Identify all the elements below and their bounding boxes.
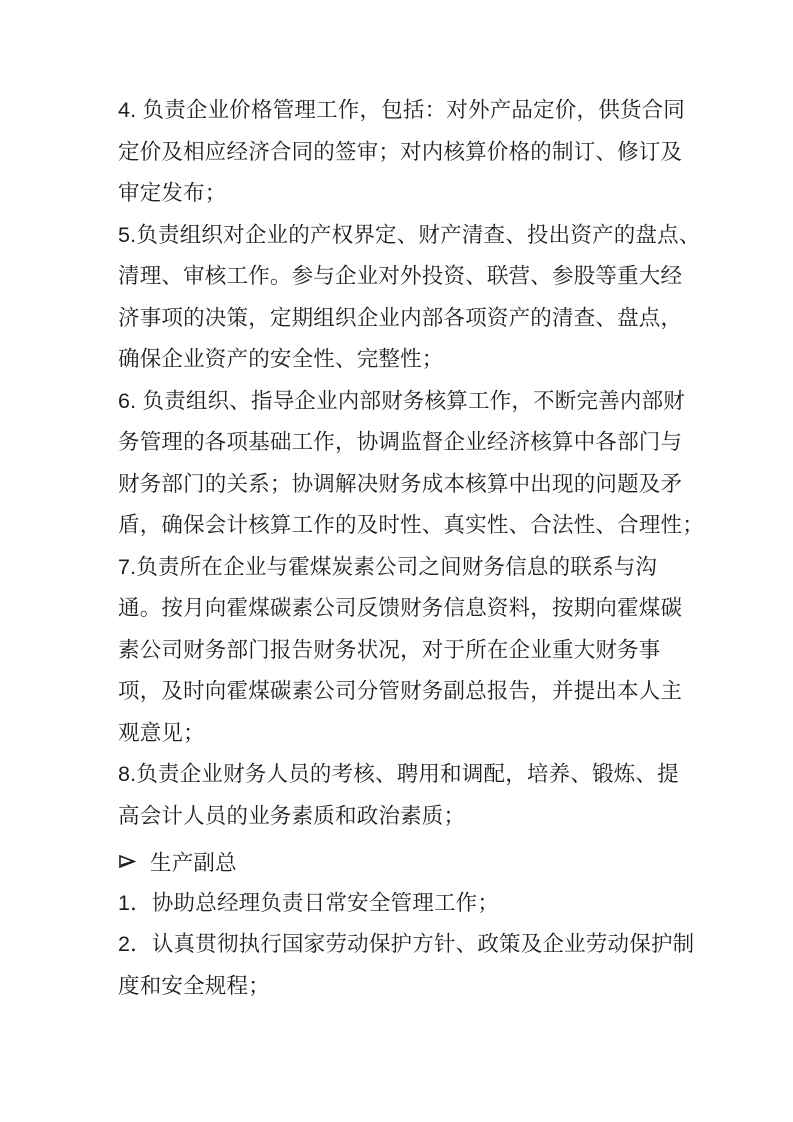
production-duty-1: 1．协助总经理负责日常安全管理工作；: [118, 883, 693, 925]
text-line: 审定发布；: [118, 173, 693, 215]
text-line: 1．协助总经理负责日常安全管理工作；: [118, 883, 693, 925]
text-line: 盾，确保会计核算工作的及时性、真实性、合法性、合理性；: [118, 505, 693, 547]
text-line: 高会计人员的业务素质和政治素质；: [118, 796, 693, 838]
document-page: 4. 负责企业价格管理工作，包括：对外产品定价，供货合同定价及相应经济合同的签审…: [0, 0, 793, 1122]
duty-item-7: 7.负责所在企业与霍煤炭素公司之间财务信息的联系与沟通。按月向霍煤碳素公司反馈财…: [118, 547, 693, 755]
text-line: 2．认真贯彻执行国家劳动保护方针、政策及企业劳动保护制: [118, 924, 693, 966]
section-heading-production-deputy: 生产副总: [118, 841, 693, 883]
text-line: 定价及相应经济合同的签审；对内核算价格的制订、修订及: [118, 132, 693, 174]
section-heading-label: 生产副总: [150, 846, 237, 877]
text-line: 确保企业资产的安全性、完整性；: [118, 339, 693, 381]
text-line: 务管理的各项基础工作，协调监督企业经济核算中各部门与: [118, 422, 693, 464]
text-line: 6. 负责组织、指导企业内部财务核算工作，不断完善内部财: [118, 381, 693, 423]
text-line: 度和安全规程；: [118, 966, 693, 1008]
text-line: 项，及时向霍煤碳素公司分管财务副总报告，并提出本人主: [118, 671, 693, 713]
text-line: 素公司财务部门报告财务状况，对于所在企业重大财务事: [118, 630, 693, 672]
text-line: 通。按月向霍煤碳素公司反馈财务信息资料，按期向霍煤碳: [118, 588, 693, 630]
text-line: 7.负责所在企业与霍煤炭素公司之间财务信息的联系与沟: [118, 547, 693, 589]
duty-item-4: 4. 负责企业价格管理工作，包括：对外产品定价，供货合同定价及相应经济合同的签审…: [118, 90, 693, 215]
duty-item-8: 8.负责企业财务人员的考核、聘用和调配，培养、锻炼、提高会计人员的业务素质和政治…: [118, 754, 693, 837]
text-line: 4. 负责企业价格管理工作，包括：对外产品定价，供货合同: [118, 90, 693, 132]
text-line: 5.负责组织对企业的产权界定、财产清查、投出资产的盘点、: [118, 215, 693, 257]
text-line: 8.负责企业财务人员的考核、聘用和调配，培养、锻炼、提: [118, 754, 693, 796]
text-line: 财务部门的关系；协调解决财务成本核算中出现的问题及矛: [118, 464, 693, 506]
text-line: 济事项的决策，定期组织企业内部各项资产的清查、盘点，: [118, 298, 693, 340]
duty-item-5: 5.负责组织对企业的产权界定、财产清查、投出资产的盘点、清理、审核工作。参与企业…: [118, 215, 693, 381]
document-body: 4. 负责企业价格管理工作，包括：对外产品定价，供货合同定价及相应经济合同的签审…: [118, 90, 693, 1007]
text-line: 清理、审核工作。参与企业对外投资、联营、参股等重大经: [118, 256, 693, 298]
text-line: 观意见；: [118, 713, 693, 755]
duty-item-6: 6. 负责组织、指导企业内部财务核算工作，不断完善内部财务管理的各项基础工作，协…: [118, 381, 693, 547]
production-duty-2: 2．认真贯彻执行国家劳动保护方针、政策及企业劳动保护制度和安全规程；: [118, 924, 693, 1007]
arrow-bullet-icon: [118, 852, 137, 871]
